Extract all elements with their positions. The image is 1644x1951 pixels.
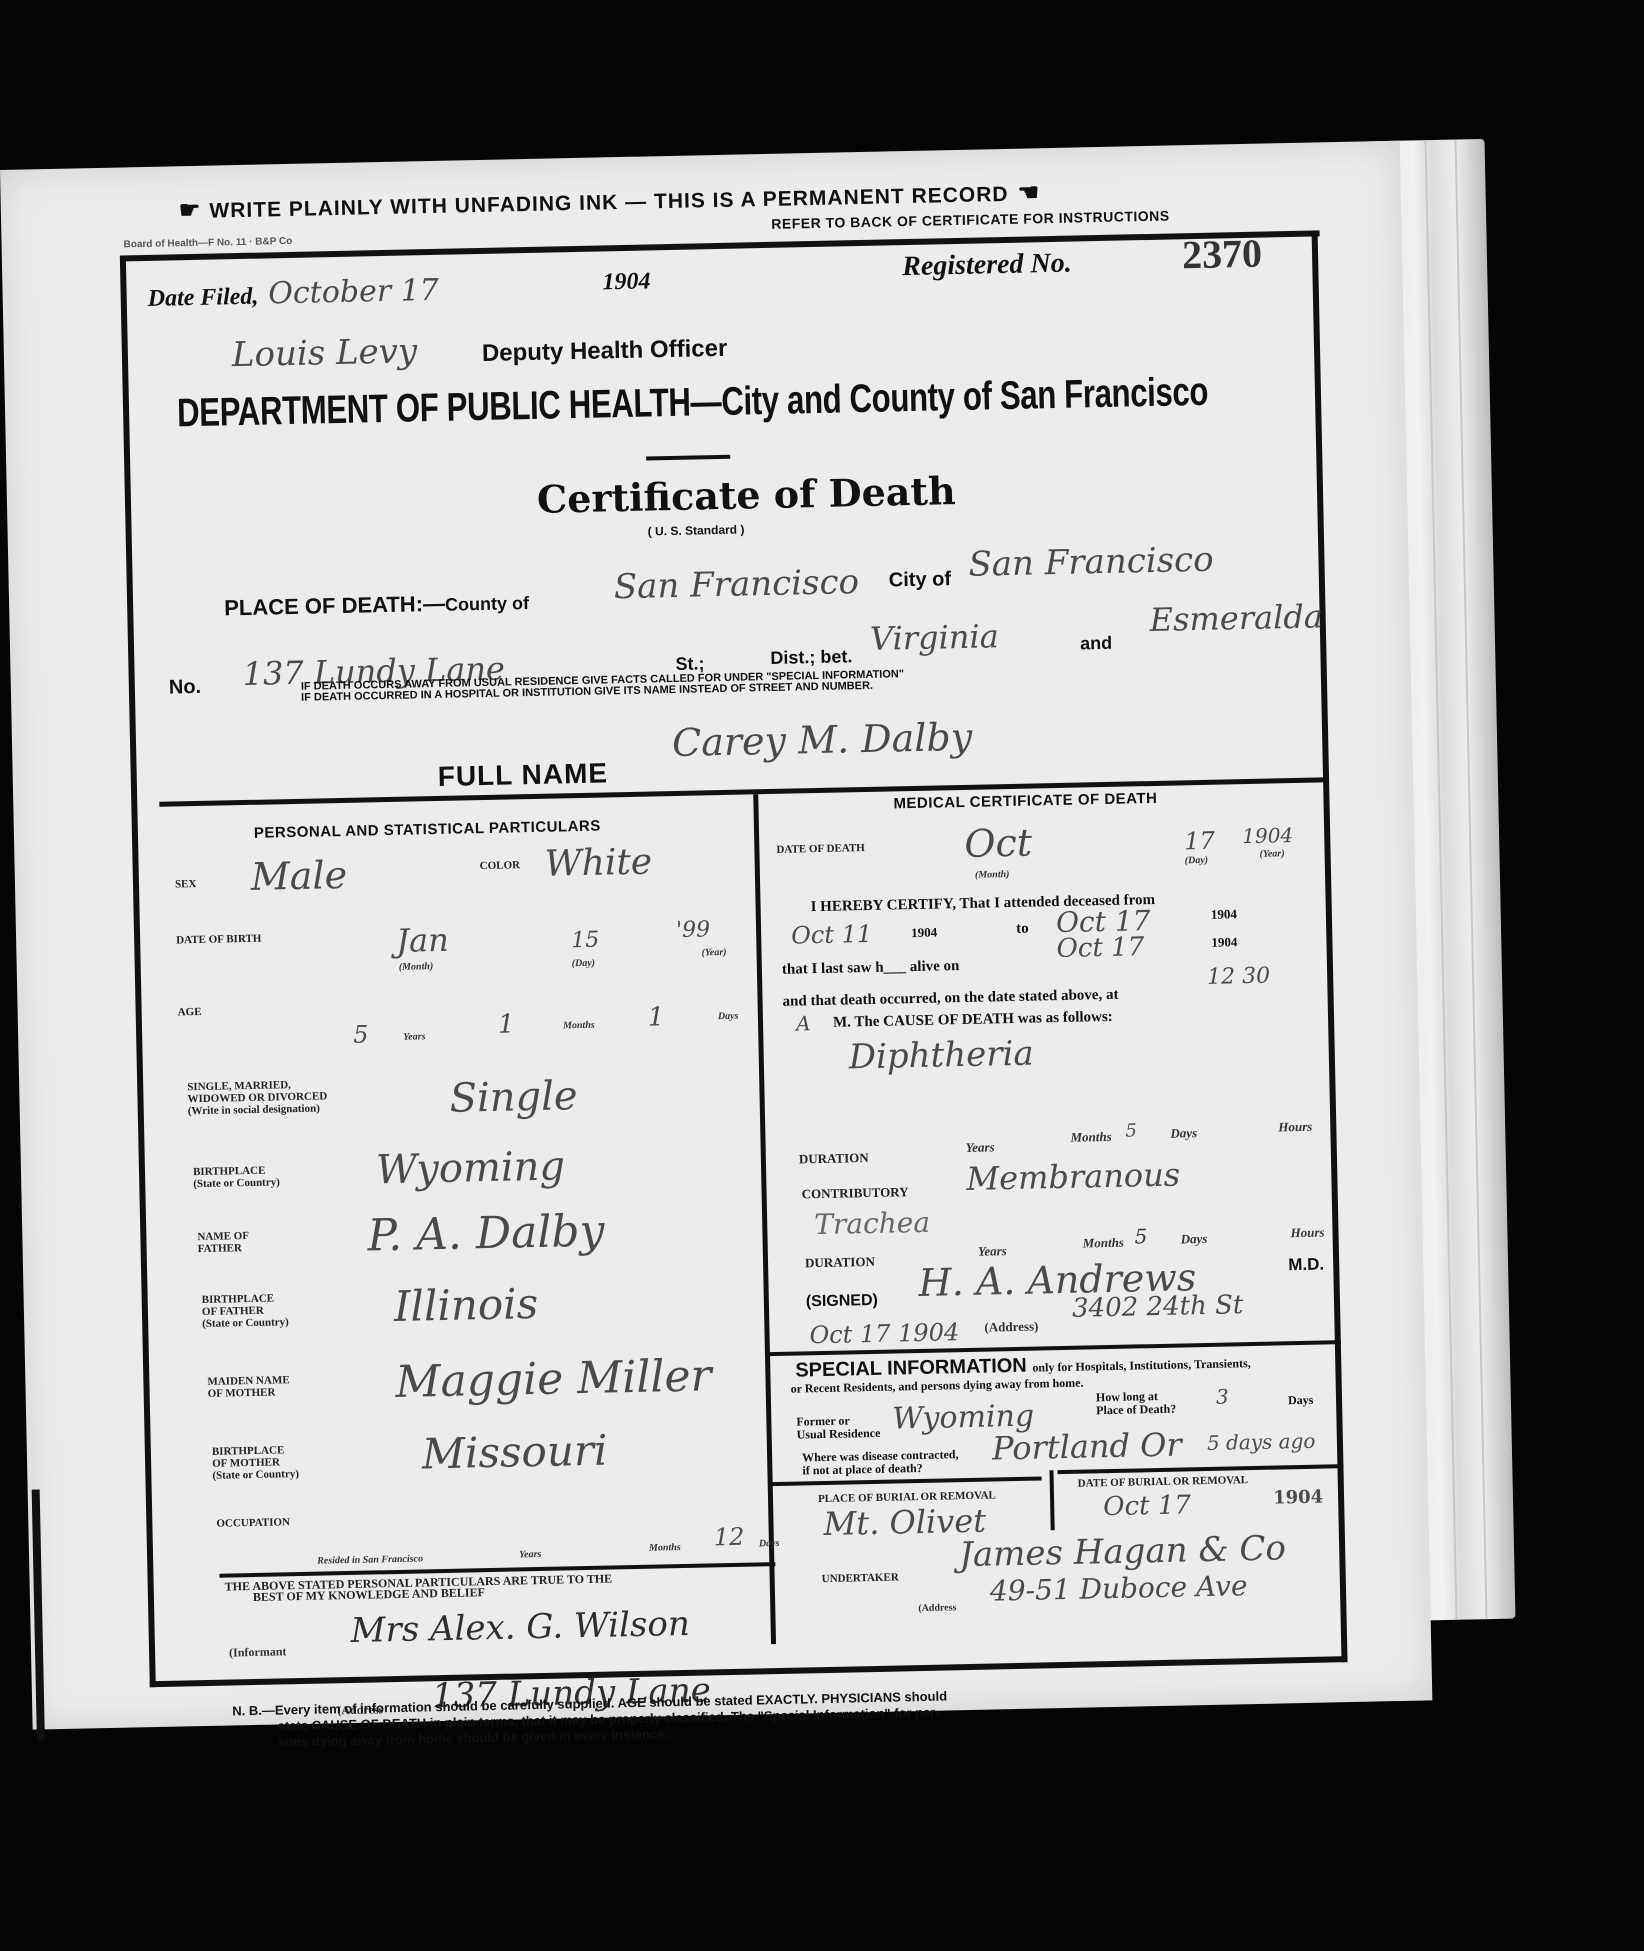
contracted-value: Portland Or xyxy=(992,1426,1183,1468)
date-filed: Date Filed, October 17 xyxy=(147,273,439,314)
how-long-label-2: Place of Death? xyxy=(1096,1403,1176,1418)
mother-birthplace-value: Missouri xyxy=(421,1426,607,1479)
attended-from: Oct 11 xyxy=(791,920,873,950)
age-label: AGE xyxy=(178,1006,202,1018)
burial-date-value: Oct 17 xyxy=(1103,1490,1191,1522)
contracted-label: Where was disease contracted, if not at … xyxy=(802,1448,959,1477)
binding-edge xyxy=(32,1489,45,1739)
duration1-years-label: Years xyxy=(966,1139,995,1156)
age-months: 1 xyxy=(498,1009,515,1039)
city-value: San Francisco xyxy=(968,540,1214,585)
father-label: NAME OF FATHER xyxy=(197,1230,249,1255)
resided-days: 12 xyxy=(713,1523,744,1552)
mother-bp-label-3: (State or Country) xyxy=(212,1468,299,1482)
sex-label: SEX xyxy=(175,878,197,890)
resided-years-label: Years xyxy=(519,1549,541,1560)
last-saw-value: Oct 17 xyxy=(1056,932,1144,964)
dod-month: Oct xyxy=(964,821,1033,866)
contracted-note: 5 days ago xyxy=(1207,1429,1316,1455)
dod-label: DATE OF DEATH xyxy=(776,842,865,856)
pointing-hand-icon: ☛ xyxy=(179,196,202,225)
last-saw-year: 1904 xyxy=(1211,934,1237,951)
full-name-value: Carey M. Dalby xyxy=(672,715,973,765)
dob-label: DATE OF BIRTH xyxy=(176,933,261,947)
father-label-1: NAME OF xyxy=(197,1230,249,1243)
mother-label-2: OF MOTHER xyxy=(208,1386,290,1400)
undertaker-address-value: 49-51 Duboce Ave xyxy=(990,1569,1248,1607)
mother-label-1: MAIDEN NAME xyxy=(207,1374,289,1388)
age-days-label: Days xyxy=(718,1011,739,1022)
how-long-value: 3 xyxy=(1216,1385,1229,1409)
dob-year-label: (Year) xyxy=(701,947,726,959)
registered-label: Registered No. xyxy=(902,248,1072,284)
certificate-subtitle: ( U. S. Standard ) xyxy=(648,522,745,538)
age-months-label: Months xyxy=(563,1020,595,1032)
duration1-hours-label: Hours xyxy=(1278,1119,1312,1136)
duration2-label: DURATION xyxy=(805,1256,875,1269)
resided-months-label: Months xyxy=(649,1542,681,1554)
how-long-unit: Days xyxy=(1288,1393,1314,1409)
signed-date: Oct 17 1904 xyxy=(809,1318,959,1349)
resided-days-label: Days xyxy=(759,1538,780,1549)
attended-from-year: 1904 xyxy=(911,925,937,942)
age-years-label: Years xyxy=(403,1031,425,1042)
full-name-label: FULL NAME xyxy=(437,757,608,793)
to-label: to xyxy=(1016,921,1029,938)
undertaker-value: James Hagan & Co xyxy=(959,1528,1287,1575)
burial-date-year: 1904 xyxy=(1273,1487,1324,1509)
officer-signature: Louis Levy xyxy=(232,331,418,375)
dod-year-label: (Year) xyxy=(1259,848,1284,860)
dob-month: Jan xyxy=(396,921,449,960)
duration1-days: 5 xyxy=(1125,1120,1137,1141)
date-filed-label: Date Filed, xyxy=(147,284,258,312)
officer-title: Deputy Health Officer xyxy=(482,335,728,368)
death-certificate-sheet: ☛WRITE PLAINLY WITH UNFADING INK — THIS … xyxy=(0,141,1432,1730)
duration2-years-label: Years xyxy=(978,1243,1007,1260)
between-street-a: Virginia xyxy=(870,617,999,658)
informant-value: Mrs Alex. G. Wilson xyxy=(350,1604,690,1651)
undertaker-label: UNDERTAKER xyxy=(822,1571,899,1585)
age-years: 5 xyxy=(353,1020,369,1048)
attended-to-year: 1904 xyxy=(1211,906,1237,923)
pointing-hand-icon: ☛ xyxy=(1016,178,1039,207)
footnote: N. B.—Every item of information should b… xyxy=(232,1680,1333,1751)
and-label: and xyxy=(1080,633,1112,655)
how-long-label: How long at Place of Death? xyxy=(1096,1390,1177,1418)
district-label: Dist.; bet. xyxy=(770,646,852,669)
pod-label-text: PLACE OF DEATH:— xyxy=(224,591,445,621)
dod-day-label: (Day) xyxy=(1185,855,1209,866)
sex-value: Male xyxy=(250,853,347,899)
dod-day: 17 xyxy=(1184,827,1215,856)
father-bp-label-3: (State or Country) xyxy=(202,1316,289,1330)
certificate-title: Certificate of Death xyxy=(537,468,956,522)
father-label-2: FATHER xyxy=(198,1242,250,1255)
dod-month-label: (Month) xyxy=(975,869,1010,881)
color-label: COLOR xyxy=(480,859,521,872)
signed-label: (SIGNED) xyxy=(806,1292,878,1312)
contributory-value-2: Trachea xyxy=(814,1206,930,1241)
physician-address-label: (Address) xyxy=(984,1319,1038,1336)
contributory-label: CONTRIBUTORY xyxy=(802,1186,909,1200)
dob-day-label: (Day) xyxy=(572,958,596,969)
city-label: City of xyxy=(889,568,952,592)
county-label: County of xyxy=(445,593,529,615)
between-street-b: Esmeralda xyxy=(1149,597,1323,639)
color-value: White xyxy=(544,841,652,884)
dob-day: 15 xyxy=(571,928,600,954)
age-days: 1 xyxy=(648,1002,665,1032)
duration1-months-label: Months xyxy=(1070,1129,1112,1146)
mother-birthplace-label: BIRTHPLACE OF MOTHER (State or Country) xyxy=(212,1444,299,1482)
duration2-days: 5 xyxy=(1134,1224,1147,1248)
occupation-label: OCCUPATION xyxy=(216,1516,290,1530)
duration2-months-label: Months xyxy=(1083,1235,1125,1252)
footnote-lead: N. B.— xyxy=(232,1703,275,1719)
marital-value: Single xyxy=(449,1073,578,1122)
physician-address: 3402 24th St xyxy=(1072,1290,1244,1324)
dod-year: 1904 xyxy=(1242,823,1293,848)
duration-label: DURATION xyxy=(799,1152,869,1165)
informant-label: (Informant xyxy=(229,1644,287,1660)
date-filed-year: 1904 xyxy=(602,268,651,296)
form-code: Board of Health—F No. 11 · B&P Co xyxy=(123,236,292,251)
dob-year: '99 xyxy=(676,917,711,943)
md-label: M.D. xyxy=(1288,1255,1324,1276)
resided-label: Resided in San Francisco xyxy=(317,1553,423,1566)
marital-label: SINGLE, MARRIED, WIDOWED OR DIVORCED (Wr… xyxy=(187,1078,327,1117)
mother-value: Maggie Miller xyxy=(395,1350,712,1408)
birthplace-value: Wyoming xyxy=(376,1143,566,1193)
birthplace-label-2: (State or Country) xyxy=(193,1176,280,1190)
birthplace-label: BIRTHPLACE (State or Country) xyxy=(193,1164,280,1190)
residence-label: Former or Usual Residence xyxy=(796,1414,880,1442)
street-no-label: No. xyxy=(169,676,202,700)
father-birthplace-value: Illinois xyxy=(393,1279,538,1331)
mother-label: MAIDEN NAME OF MOTHER xyxy=(207,1374,290,1400)
undertaker-address-label: (Address xyxy=(918,1602,956,1614)
page-edge xyxy=(1454,139,1487,1619)
time-of-death: 12 30 xyxy=(1207,964,1270,990)
father-birthplace-label: BIRTHPLACE OF FATHER (State or Country) xyxy=(202,1292,289,1330)
county-value: San Francisco xyxy=(613,562,859,607)
dob-month-label: (Month) xyxy=(399,961,434,973)
special-note-1: only for Hospitals, Institutions, Transi… xyxy=(1032,1356,1251,1375)
residence-label-2: Usual Residence xyxy=(797,1427,881,1442)
father-value: P. A. Dalby xyxy=(367,1206,605,1262)
duration2-hours-label: Hours xyxy=(1290,1224,1324,1241)
date-filed-value: October 17 xyxy=(268,273,439,312)
duration1-days-label: Days xyxy=(1170,1125,1197,1142)
registered-number: 2370 xyxy=(1182,230,1263,279)
page-edge xyxy=(1425,140,1458,1620)
contributory-value-1: Membranous xyxy=(966,1156,1181,1198)
duration2-days-label: Days xyxy=(1180,1231,1207,1248)
cause-value: Diphtheria xyxy=(848,1034,1034,1078)
meridiem: A xyxy=(796,1011,811,1035)
